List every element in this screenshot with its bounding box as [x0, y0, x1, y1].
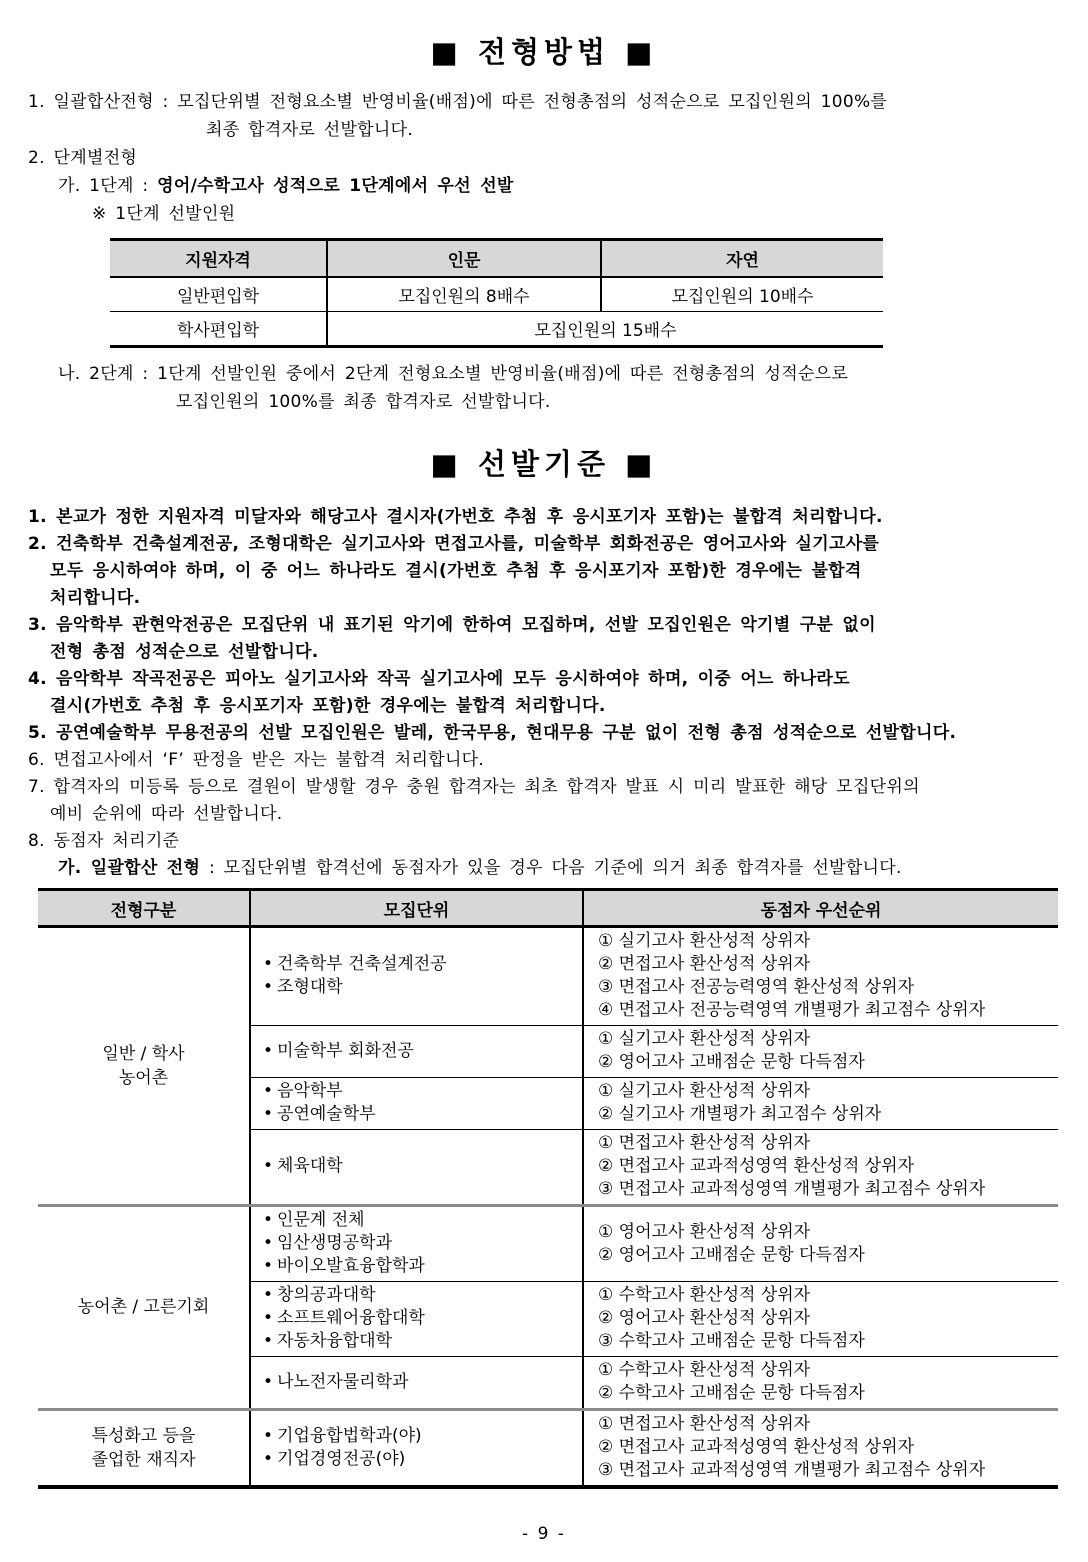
priorities-cell: ① 영어고사 환산성적 상위자 ② 영어고사 고배점순 문항 다득점자: [583, 1206, 1058, 1282]
header-qualification: 지원자격: [110, 240, 327, 278]
table-row: 일반편입학 모집인원의 8배수 모집인원의 10배수: [110, 277, 883, 312]
priority-line: ② 면접고사 교과적성영역 환산성적 상위자: [598, 1155, 1058, 1178]
unit-name: 건축학부 건축설계전공: [277, 954, 447, 974]
unit-name: 창의공과대학: [277, 1285, 376, 1305]
priority-line: ② 수학고사 고배점순 문항 다득점자: [598, 1382, 1058, 1405]
qualification-cell: 일반편입학: [110, 277, 327, 312]
stage1-selection-note: ※ 1단계 선발인원: [28, 200, 1060, 228]
header-humanities: 인문: [327, 240, 601, 278]
header-recruitment-unit: 모집단위: [250, 890, 583, 927]
document-page: ■ 전형방법 ■ 1. 일괄합산전형 : 모집단위별 전형요소별 반영비율(배점…: [0, 0, 1088, 1489]
unit-name: 나노전자물리학과: [277, 1372, 408, 1392]
bullet-icon: •: [263, 1081, 273, 1101]
unit-name: 공연예술학부: [277, 1104, 376, 1124]
bullet-icon: •: [263, 1426, 273, 1446]
criteria-item-5: 5. 공연예술학부 무용전공의 선발 모집인원은 발레, 한국무용, 현대무용 …: [28, 720, 1060, 747]
units-cell: •창의공과대학 •소프트웨어융합대학 •자동차융합대학: [250, 1282, 583, 1357]
admission-type-line: 졸업한 재직자: [38, 1448, 249, 1472]
bullet-icon: •: [263, 1233, 273, 1253]
criteria-item-7-line-2: 예비 순위에 따라 선발합니다.: [28, 801, 1060, 828]
method-item-2-sub-na-line-2: 모집인원의 100%를 최종 합격자로 선발합니다.: [28, 388, 1060, 416]
priority-line: ① 면접고사 환산성적 상위자: [598, 1413, 1058, 1436]
bullet-icon: •: [263, 1285, 273, 1305]
table-header-row: 전형구분 모집단위 동점자 우선순위: [38, 890, 1058, 927]
selection-criteria-section: 1. 본교가 정한 지원자격 미달자와 해당고사 결시자(가번호 추첨 후 응시…: [28, 504, 1060, 882]
units-cell: •인문계 전체 •임산생명공학과 •바이오발효융합학과: [250, 1206, 583, 1282]
unit-name: 소프트웨어융합대학: [277, 1308, 425, 1328]
table-row: 농어촌 / 고른기회 •인문계 전체 •임산생명공학과 •바이오발효융합학과 ①…: [38, 1206, 1058, 1282]
priorities-cell: ① 수학고사 환산성적 상위자 ② 수학고사 고배점순 문항 다득점자: [583, 1357, 1058, 1410]
bullet-icon: •: [263, 1372, 273, 1392]
priority-line: ① 수학고사 환산성적 상위자: [598, 1359, 1058, 1382]
units-cell: •건축학부 건축설계전공 •조형대학: [250, 927, 583, 1026]
criteria-item-1: 1. 본교가 정한 지원자격 미달자와 해당고사 결시자(가번호 추첨 후 응시…: [28, 504, 1060, 531]
criteria-item-3-line-1: 3. 음악학부 관현악전공은 모집단위 내 표기된 악기에 한하여 모집하며, …: [28, 612, 1060, 639]
bullet-icon: •: [263, 1104, 273, 1124]
admission-type-line: 농어촌: [38, 1066, 249, 1090]
page-number: - 9 -: [0, 1524, 1088, 1544]
criteria-item-3-line-2: 전형 총점 성적순으로 선발합니다.: [28, 639, 1060, 666]
priority-line: ③ 면접고사 교과적성영역 개별평가 최고점수 상위자: [598, 1459, 1058, 1482]
table-row: 학사편입학 모집인원의 15배수: [110, 312, 883, 347]
unit-name: 체육대학: [277, 1156, 343, 1176]
units-cell: •체육대학: [250, 1130, 583, 1206]
priority-line: ① 실기고사 환산성적 상위자: [598, 930, 1058, 953]
item-8-sub-rest: : 모집단위별 합격선에 동점자가 있을 경우 다음 기준에 의거 최종 합격자…: [200, 858, 901, 878]
unit-name: 자동차융합대학: [277, 1331, 392, 1351]
priority-line: ③ 면접고사 교과적성영역 개별평가 최고점수 상위자: [598, 1178, 1058, 1201]
admission-type-line: 일반 / 학사: [38, 1042, 249, 1066]
bullet-icon: •: [263, 1210, 273, 1230]
criteria-item-6: 6. 면접고사에서 ‘F’ 판정을 받은 자는 불합격 처리합니다.: [28, 747, 1060, 774]
priorities-cell: ① 실기고사 환산성적 상위자 ② 면접고사 환산성적 상위자 ③ 면접고사 전…: [583, 927, 1058, 1026]
priority-line: ② 영어고사 환산성적 상위자: [598, 1307, 1058, 1330]
sub-ga-prefix: 가. 1단계 :: [58, 176, 157, 196]
sub-ga-bold-text: 영어/수학고사 성적으로 1단계에서 우선 선발: [157, 176, 514, 196]
priorities-cell: ① 면접고사 환산성적 상위자 ② 면접고사 교과적성영역 환산성적 상위자 ③…: [583, 1130, 1058, 1206]
unit-name: 기업경영전공(야): [277, 1449, 405, 1469]
admission-type-cell: 농어촌 / 고른기회: [38, 1206, 250, 1410]
tiebreaker-priority-table: 전형구분 모집단위 동점자 우선순위 일반 / 학사 농어촌 •건축학부 건축설…: [38, 888, 1058, 1489]
criteria-item-4-line-1: 4. 음악학부 작곡전공은 피아노 실기고사와 작곡 실기고사에 모두 응시하여…: [28, 666, 1060, 693]
unit-name: 기업융합법학과(야): [277, 1426, 422, 1446]
priority-line: ② 영어고사 고배점순 문항 다득점자: [598, 1244, 1058, 1267]
priorities-cell: ① 면접고사 환산성적 상위자 ② 면접고사 교과적성영역 환산성적 상위자 ③…: [583, 1410, 1058, 1488]
priority-line: ② 영어고사 고배점순 문항 다득점자: [598, 1051, 1058, 1074]
priorities-cell: ① 실기고사 환산성적 상위자 ② 영어고사 고배점순 문항 다득점자: [583, 1026, 1058, 1078]
criteria-item-2-line-2: 모두 응시하여야 하며, 이 중 어느 하나라도 결시(가번호 추첨 후 응시포…: [28, 558, 1060, 585]
section-title-selection-criteria: ■ 선발기준 ■: [28, 442, 1060, 486]
method-item-2: 2. 단계별전형: [28, 144, 1060, 172]
units-cell: •기업융합법학과(야) •기업경영전공(야): [250, 1410, 583, 1488]
priorities-cell: ① 수학고사 환산성적 상위자 ② 영어고사 환산성적 상위자 ③ 수학고사 고…: [583, 1282, 1058, 1357]
admission-type-line: 농어촌 / 고른기회: [38, 1295, 249, 1319]
unit-name: 음악학부: [277, 1081, 343, 1101]
bullet-icon: •: [263, 1041, 273, 1061]
unit-name: 인문계 전체: [277, 1210, 365, 1230]
merged-quota-cell: 모집인원의 15배수: [327, 312, 883, 347]
priority-line: ① 실기고사 환산성적 상위자: [598, 1028, 1058, 1051]
unit-name: 바이오발효융합학과: [277, 1256, 425, 1276]
units-cell: •미술학부 회화전공: [250, 1026, 583, 1078]
method-item-2-sub-ga: 가. 1단계 : 영어/수학고사 성적으로 1단계에서 우선 선발: [28, 172, 1060, 200]
unit-name: 조형대학: [277, 977, 343, 997]
bullet-icon: •: [263, 1156, 273, 1176]
admission-type-cell: 일반 / 학사 농어촌: [38, 927, 250, 1206]
admission-method-section: 1. 일괄합산전형 : 모집단위별 전형요소별 반영비율(배점)에 따른 전형총…: [28, 88, 1060, 416]
method-item-1-line-1: 1. 일괄합산전형 : 모집단위별 전형요소별 반영비율(배점)에 따른 전형총…: [28, 88, 1060, 116]
header-natural: 자연: [601, 240, 883, 278]
criteria-item-4-line-2: 결시(가번호 추첨 후 응시포기자 포함)한 경우에는 불합격 처리합니다.: [28, 693, 1060, 720]
priority-line: ① 면접고사 환산성적 상위자: [598, 1132, 1058, 1155]
header-admission-type: 전형구분: [38, 890, 250, 927]
units-cell: •음악학부 •공연예술학부: [250, 1078, 583, 1130]
criteria-item-8-sub-ga: 가. 일괄합산 전형 : 모집단위별 합격선에 동점자가 있을 경우 다음 기준…: [28, 855, 1060, 882]
method-item-1-line-2: 최종 합격자로 선발합니다.: [28, 116, 1060, 144]
priority-line: ② 면접고사 교과적성영역 환산성적 상위자: [598, 1436, 1058, 1459]
bullet-icon: •: [263, 1331, 273, 1351]
bullet-icon: •: [263, 1308, 273, 1328]
priority-line: ③ 면접고사 전공능력영역 환산성적 상위자: [598, 976, 1058, 999]
bullet-icon: •: [263, 1449, 273, 1469]
item-8-sub-bold: 가. 일괄합산 전형: [58, 858, 200, 878]
bullet-icon: •: [263, 954, 273, 974]
units-cell: •나노전자물리학과: [250, 1357, 583, 1410]
qualification-cell: 학사편입학: [110, 312, 327, 347]
criteria-item-2-line-3: 처리합니다.: [28, 585, 1060, 612]
section-title-admission-method: ■ 전형방법 ■: [28, 30, 1060, 74]
priorities-cell: ① 실기고사 환산성적 상위자 ② 실기고사 개별평가 최고점수 상위자: [583, 1078, 1058, 1130]
unit-name: 미술학부 회화전공: [277, 1041, 414, 1061]
priority-line: ② 면접고사 환산성적 상위자: [598, 953, 1058, 976]
natural-cell: 모집인원의 10배수: [601, 277, 883, 312]
table-row: 특성화고 등을 졸업한 재직자 •기업융합법학과(야) •기업경영전공(야) ①…: [38, 1410, 1058, 1488]
stage1-quota-table: 지원자격 인문 자연 일반편입학 모집인원의 8배수 모집인원의 10배수 학사…: [110, 238, 883, 348]
method-item-2-sub-na-line-1: 나. 2단계 : 1단계 선발인원 중에서 2단계 전형요소별 반영비율(배점)…: [28, 360, 1060, 388]
header-tiebreaker-priority: 동점자 우선순위: [583, 890, 1058, 927]
criteria-item-2-line-1: 2. 건축학부 건축설계전공, 조형대학은 실기고사와 면접고사를, 미술학부 …: [28, 531, 1060, 558]
bullet-icon: •: [263, 977, 273, 997]
priority-line: ② 실기고사 개별평가 최고점수 상위자: [598, 1103, 1058, 1126]
priority-line: ① 영어고사 환산성적 상위자: [598, 1221, 1058, 1244]
priority-line: ① 실기고사 환산성적 상위자: [598, 1080, 1058, 1103]
admission-type-cell: 특성화고 등을 졸업한 재직자: [38, 1410, 250, 1488]
table-row: 일반 / 학사 농어촌 •건축학부 건축설계전공 •조형대학 ① 실기고사 환산…: [38, 927, 1058, 1026]
priority-line: ③ 수학고사 고배점순 문항 다득점자: [598, 1330, 1058, 1353]
criteria-item-7-line-1: 7. 합격자의 미등록 등으로 결원이 발생할 경우 충원 합격자는 최초 합격…: [28, 774, 1060, 801]
priority-line: ④ 면접고사 전공능력영역 개별평가 최고점수 상위자: [598, 999, 1058, 1022]
criteria-item-8: 8. 동점자 처리기준: [28, 828, 1060, 855]
table-header-row: 지원자격 인문 자연: [110, 240, 883, 278]
humanities-cell: 모집인원의 8배수: [327, 277, 601, 312]
admission-type-line: 특성화고 등을: [38, 1424, 249, 1448]
priority-line: ① 수학고사 환산성적 상위자: [598, 1284, 1058, 1307]
unit-name: 임산생명공학과: [277, 1233, 392, 1253]
bullet-icon: •: [263, 1256, 273, 1276]
